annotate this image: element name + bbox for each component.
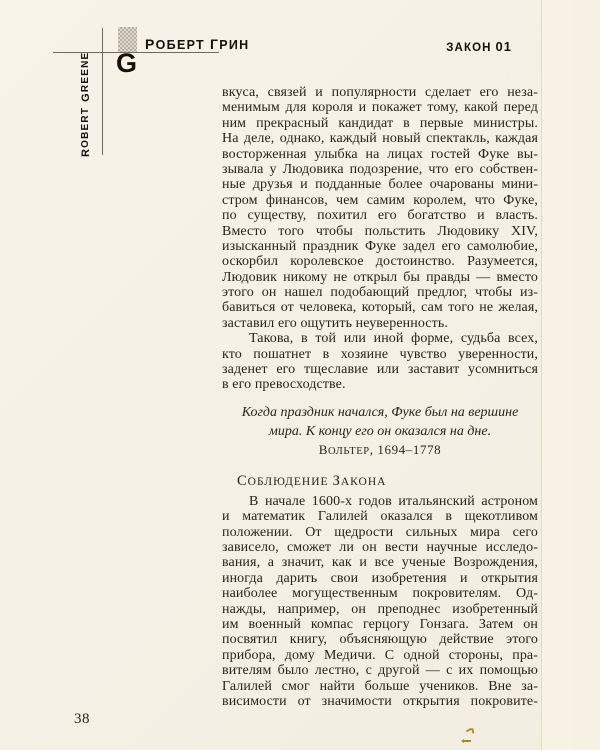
body-line: заденет его тщеславие или заставит усомн… <box>222 362 538 377</box>
spine-initial-2: G <box>80 92 92 102</box>
attribution-dates: , 1694–1778 <box>370 442 442 457</box>
body-line: этого он нашел подобающий предлог, чтобы… <box>222 285 538 300</box>
body-line: Галилей смог найти больше учеников. Вне … <box>222 679 538 694</box>
body-line: изысканный праздник Фуке задел его самол… <box>222 239 538 254</box>
section-heading: СОБЛЮДЕНИЕЗАКОНА <box>222 472 538 491</box>
running-head-author: РОБЕРТГРИН <box>145 36 250 52</box>
paragraph-1: вкуса, связей и популярности сделает его… <box>222 85 538 331</box>
body-line: зывала у Людовика подозрение, что его со… <box>222 162 538 177</box>
quote-attribution: ВОЛЬТЕР, 1694–1778 <box>222 442 538 460</box>
spine-author-vertical-text: ROBERTGREENE <box>80 62 97 157</box>
body-line: висимости от значимости открытия покрови… <box>222 694 538 709</box>
spine-initial-1: R <box>80 148 92 157</box>
body-line: ные друзья и подданные более очарованы м… <box>222 177 538 192</box>
body-line: Людовик никому не открыл бы правды — вме… <box>222 270 538 285</box>
attribution-smallcaps: ОЛЬТЕР <box>328 446 370 457</box>
author-rest-2: РИН <box>219 38 249 52</box>
running-head-law: ЗАКОН01 <box>446 38 512 56</box>
body-line: ним прекрасный кандидат в первые министр… <box>222 116 538 131</box>
paragraph-2: Такова, в той или иной форме, судьба все… <box>222 331 538 393</box>
body-line: бавиться от человека, который, сам того … <box>222 300 538 315</box>
body-line: посвятил книгу, объясняющую действие это… <box>222 632 538 647</box>
scan-artifact-mark <box>463 740 471 742</box>
body-line: по существу, похитил его богатство и вла… <box>222 208 538 223</box>
body-line: иногда дарить свои изобретения и открыти… <box>222 571 538 586</box>
body-line: в его превосходстве. <box>222 377 538 392</box>
body-line: прибора, дому Медичи. С одной стороны, п… <box>222 648 538 663</box>
body-line: заставил его ощутить неуверенность. <box>222 316 538 331</box>
quote-line: Когда праздник начался, Фуке был на верш… <box>222 403 538 422</box>
body-line: В начале 1600-х годов итальянский астрон… <box>222 494 538 509</box>
attribution-initial: В <box>319 442 328 457</box>
heading-smallcaps-1: ОБЛЮДЕНИЕ <box>248 476 329 488</box>
spine-rest-2: REENE <box>80 52 91 92</box>
body-line: вания, а значит, как и все ученые Возрож… <box>222 555 538 570</box>
author-initial-1: Р <box>145 36 156 52</box>
body-line: зависело, сможет ли он вести научные исс… <box>222 540 538 555</box>
publisher-g-logo: G <box>116 52 140 74</box>
body-line: стром финансов, чем самим королем, что Ф… <box>222 193 538 208</box>
body-line: вителям было лестно, с другой — с их пом… <box>222 663 538 678</box>
body-line: нажды, например, он преподнес изобретенн… <box>222 602 538 617</box>
quote-line: мира. К концу его он оказался на дне. <box>222 422 538 441</box>
page-edge-shadow <box>541 0 600 750</box>
body-line: восторженная улыбка на лицах гостей Фуке… <box>222 147 538 162</box>
law-label: ЗАКОН <box>446 42 491 54</box>
heading-initial-2: З <box>333 473 341 489</box>
body-line: На деле, однако, каждый новый спектакль,… <box>222 131 538 146</box>
body-line: Такова, в той или иной форме, судьба все… <box>222 331 538 346</box>
heading-smallcaps-2: АКОНА <box>341 476 387 488</box>
body-text-column: вкуса, связей и популярности сделает его… <box>222 85 538 709</box>
body-line: и математик Галилей оказался в щекотливо… <box>222 509 538 524</box>
paragraph-3: В начале 1600-х годов итальянский астрон… <box>222 494 538 709</box>
body-line: менимым для короля и покажет тому, какой… <box>222 100 538 115</box>
body-line: им военный компас герцогу Гонзага. Затем… <box>222 617 538 632</box>
author-rest-1: ОБЕРТ <box>156 38 205 52</box>
body-line: Вместо того чтобы польстить Людовику XIV… <box>222 224 538 239</box>
body-line: наиболее могущественным покровителям. Од… <box>222 586 538 601</box>
header-vertical-rule <box>102 28 103 155</box>
body-line: кто пошатнет в хозяине чувство увереннос… <box>222 347 538 362</box>
heading-initial-1: С <box>237 473 248 489</box>
body-line: положении. От щедрости сильных мира сего <box>222 525 538 540</box>
scan-artifact-mark <box>466 728 472 733</box>
book-page-scan: G РОБЕРТГРИН ЗАКОН01 ROBERTGREENE вкуса,… <box>0 0 600 750</box>
author-initial-2: Г <box>210 36 219 52</box>
epigraph-quote: Когда праздник начался, Фуке был на верш… <box>222 403 538 460</box>
body-line: оскорбил королевское достоинство. Разуме… <box>222 254 538 269</box>
spine-rest-1: OBERT <box>80 107 91 148</box>
law-number: 01 <box>496 39 512 54</box>
body-line: вкуса, связей и популярности сделает его… <box>222 85 538 100</box>
page-number: 38 <box>74 711 90 728</box>
